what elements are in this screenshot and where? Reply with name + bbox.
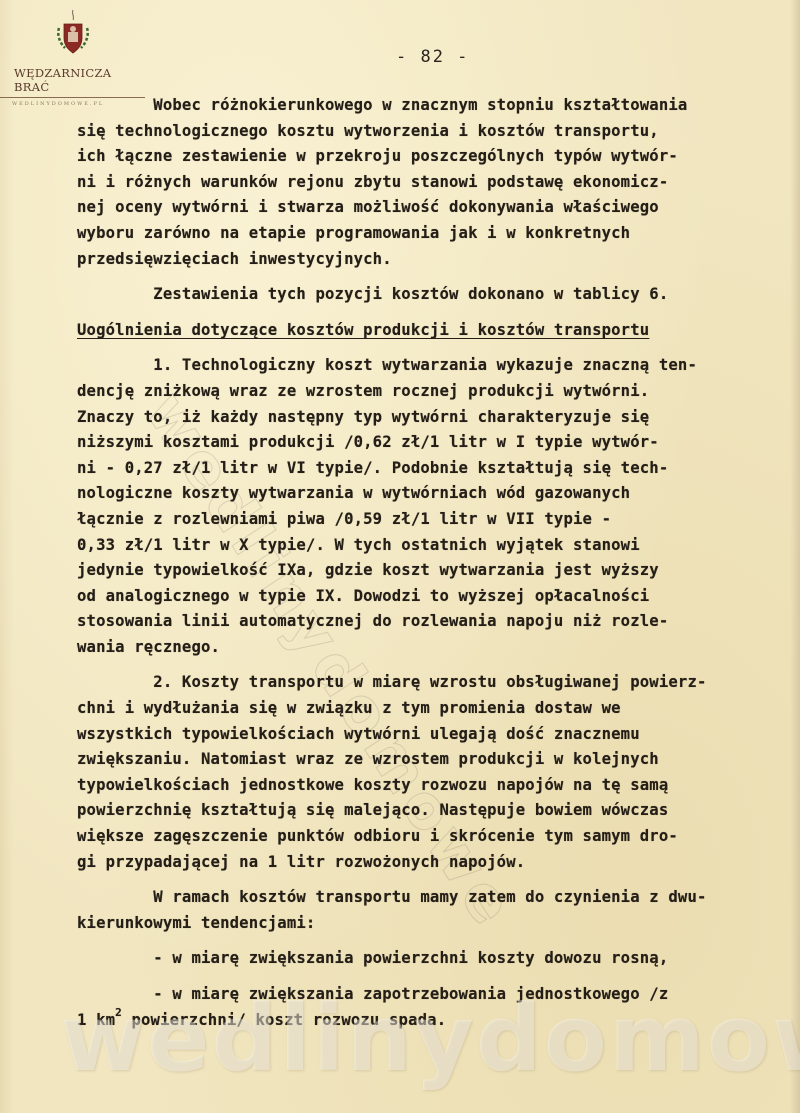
paragraph-point-1: 1. Technologiczny koszt wytwarzania wyka…	[77, 353, 777, 660]
text-line: ich łączne zestawienie w przekroju poszc…	[77, 144, 777, 170]
text-line: powierzchnię kształtują się malejąco. Na…	[77, 798, 777, 824]
text-line: typowielkościach jednostkowe koszty rozw…	[77, 773, 777, 799]
bullet-item-1: - w miarę zwiększania powierzchni koszty…	[77, 946, 777, 972]
text-line: przedsięwzięciach inwestycyjnych.	[77, 247, 777, 273]
text-line: ni - 0,27 zł/1 litr w VI typie/. Podobni…	[77, 456, 777, 482]
text-line: Zestawienia tych pozycji kosztów dokonan…	[77, 282, 777, 308]
text-line: niższymi kosztami produkcji /0,62 zł/1 l…	[77, 430, 777, 456]
text-line: Wobec różnokierunkowego w znacznym stopn…	[77, 93, 777, 119]
section-heading: Uogólnienia dotyczące kosztów produkcji …	[77, 318, 777, 344]
superscript: 2	[115, 1006, 122, 1019]
bullet-item-2-line-2: 1 km2 powierzchni/ koszt rozwozu spada.	[77, 1008, 777, 1034]
text-line: gi przypadającej na 1 litr rozwożonych n…	[77, 850, 777, 876]
text-line: większe zagęszczenie punktów odbioru i s…	[77, 824, 777, 850]
text-line: nologiczne koszty wytwarzania w wytwórni…	[77, 481, 777, 507]
text-line: Znaczy to, iż każdy następny typ wytwórn…	[77, 405, 777, 431]
page-number: - 82 -	[396, 47, 469, 67]
text-line: wszystkich typowielkościach wytwórni ule…	[77, 722, 777, 748]
paragraph-intro: Wobec różnokierunkowego w znacznym stopn…	[77, 93, 777, 272]
text-line: się technologicznego kosztu wytworzenia …	[77, 119, 777, 145]
paragraph-point-2: 2. Koszty transportu w miarę wzrostu obs…	[77, 670, 777, 875]
text-line: od analogicznego w typie IX. Dowodzi to …	[77, 584, 777, 610]
text-line: 2. Koszty transportu w miarę wzrostu obs…	[77, 670, 777, 696]
text-line: zwiększaniu. Natomiast wraz ze wzrostem …	[77, 747, 777, 773]
text-fragment: 1 km	[77, 1011, 115, 1029]
bullet-item-2-line-1: - w miarę zwiększania zapotrzebowania je…	[77, 982, 777, 1008]
text-line: jedynie typowielkość IXa, gdzie koszt wy…	[77, 558, 777, 584]
text-line: łącznie z rozlewniami piwa /0,59 zł/1 li…	[77, 507, 777, 533]
text-line: 0,33 zł/1 litr w X typie/. W tych ostatn…	[77, 533, 777, 559]
text-line: wania ręcznego.	[77, 635, 777, 661]
text-line: chni i wydłużania się w związku z tym pr…	[77, 696, 777, 722]
document-body: Wobec różnokierunkowego w znacznym stopn…	[77, 93, 777, 1033]
text-line: dencję zniżkową wraz ze wzrostem rocznej…	[77, 379, 777, 405]
text-line: W ramach kosztów transportu mamy zatem d…	[77, 885, 777, 911]
text-line: 1. Technologiczny koszt wytwarzania wyka…	[77, 353, 777, 379]
text-line: kierunkowymi tendencjami:	[77, 911, 777, 937]
text-fragment: powierzchni/ koszt rozwozu spada.	[122, 1011, 446, 1029]
text-line: ni i różnych warunków rejonu zbytu stano…	[77, 170, 777, 196]
text-line: wyboru zarówno na etapie programowania j…	[77, 221, 777, 247]
paragraph-summary: Zestawienia tych pozycji kosztów dokonan…	[77, 282, 777, 308]
page-edge	[790, 0, 800, 1113]
paragraph-transport: W ramach kosztów transportu mamy zatem d…	[77, 885, 777, 936]
text-line: nej oceny wytwórni i stwarza możliwość d…	[77, 195, 777, 221]
text-line: stosowania linii automatycznej do rozlew…	[77, 609, 777, 635]
coat-of-arms-icon	[53, 8, 93, 56]
